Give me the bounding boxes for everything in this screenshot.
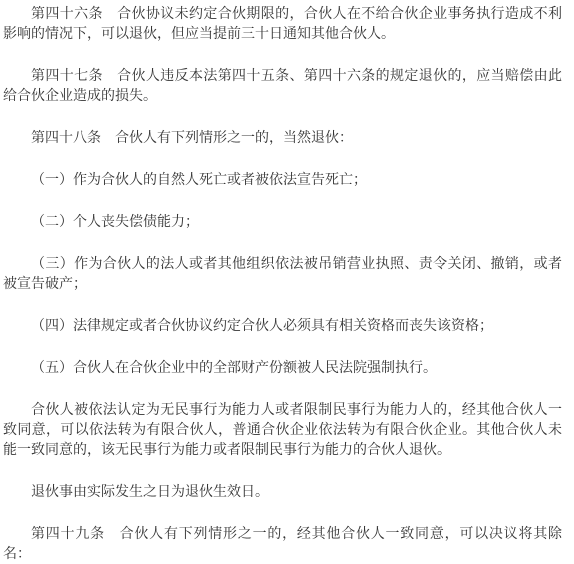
paragraph-article-48-intro: 第四十八条 合伙人有下列情形之一的，当然退伙：: [3, 129, 562, 149]
paragraph-article-48-item-2: （二）个人丧失偿债能力；: [3, 213, 562, 233]
paragraph-article-46: 第四十六条 合伙协议未约定合伙期限的，合伙人在不给合伙企业事务执行造成不利影响的…: [3, 5, 562, 45]
legal-document-body: 第四十六条 合伙协议未约定合伙期限的，合伙人在不给合伙企业事务执行造成不利影响的…: [0, 0, 574, 564]
paragraph-article-47: 第四十七条 合伙人违反本法第四十五条、第四十六条的规定退伙的，应当赔偿由此给合伙…: [3, 67, 562, 107]
paragraph-article-48-item-5: （五）合伙人在合伙企业中的全部财产份额被人民法院强制执行。: [3, 359, 562, 379]
paragraph-article-48-item-4: （四）法律规定或者合伙协议约定合伙人必须具有相关资格而丧失该资格；: [3, 317, 562, 337]
paragraph-article-48-capacity-clause: 合伙人被依法认定为无民事行为能力人或者限制民事行为能力人的，经其他合伙人一致同意…: [3, 401, 562, 461]
paragraph-article-48-item-3: （三）作为合伙人的法人或者其他组织依法被吊销营业执照、责令关闭、撤销，或者被宣告…: [3, 255, 562, 295]
paragraph-withdrawal-effective-date: 退伙事由实际发生之日为退伙生效日。: [3, 483, 562, 503]
paragraph-article-48-item-1: （一）作为合伙人的自然人死亡或者被依法宣告死亡；: [3, 171, 562, 191]
paragraph-article-49-intro: 第四十九条 合伙人有下列情形之一的，经其他合伙人一致同意，可以决议将其除名：: [3, 525, 562, 564]
